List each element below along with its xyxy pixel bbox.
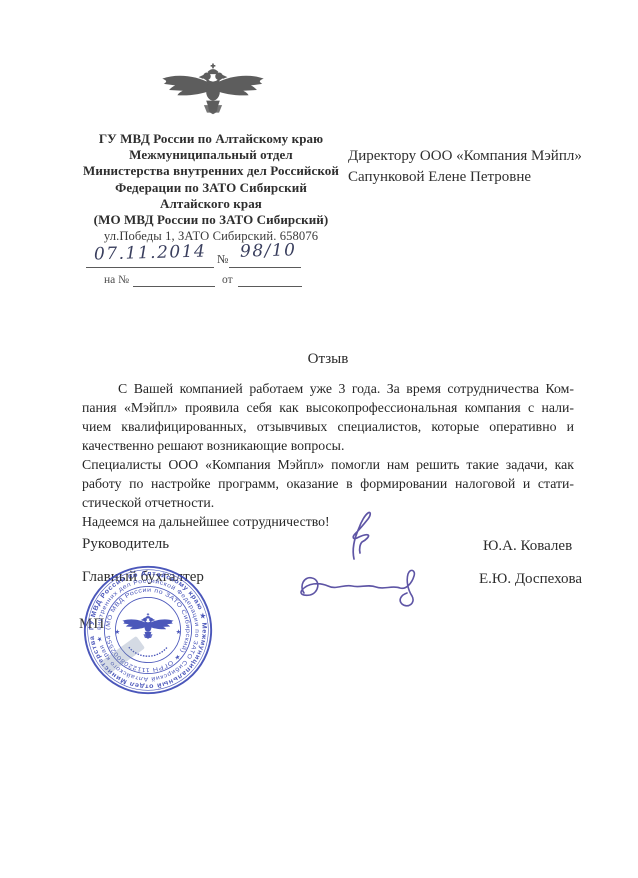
na-no-underline [133, 286, 215, 287]
scanned-letter-page: { "letterhead": { "lines": [ "ГУ МВД Рос… [0, 0, 638, 878]
addressee-line: Директору ООО «Компания Мэйпл» [348, 146, 582, 167]
body-line: качественно решают возникающие вопросы. [82, 436, 574, 455]
body-line: стической отчетности. [82, 493, 574, 512]
handwritten-outgoing-number: 98/10 [240, 240, 297, 261]
body-line: Надеемся на дальнейшее сотрудничество! [82, 512, 574, 531]
letterhead: ГУ МВД России по Алтайскому краю Межмуни… [58, 131, 364, 244]
addressee-block: Директору ООО «Компания Мэйпл» Сапунково… [348, 146, 582, 188]
paragraph: Надеемся на дальнейшее сотрудничество! [82, 512, 574, 531]
body-line: Специалисты ООО «Компания Мэйпл» помогли… [82, 455, 574, 474]
official-round-seal-icon: ГУ МВД России по Алтайскому краю ★ Межму… [81, 563, 215, 697]
ot-underline [238, 286, 302, 287]
body-line: пания «Мэйпл» проявила себя как высокопр… [82, 398, 574, 417]
svg-text:★: ★ [176, 628, 182, 636]
number-symbol: № [217, 252, 228, 267]
mvd-eagle-emblem-icon [160, 58, 266, 128]
handwritten-date: 07.11.2014 [94, 242, 207, 265]
body-text: С Вашей компанией работаем уже 3 года. З… [82, 379, 574, 531]
letterhead-line: Алтайского края [58, 196, 364, 212]
letterhead-line: (МО МВД России по ЗАТО Сибирский) [58, 212, 364, 228]
na-no-label: на № [104, 274, 129, 286]
svg-text:★: ★ [114, 628, 120, 636]
letterhead-line: Межмуниципальный отдел [58, 147, 364, 163]
letterhead-line: ГУ МВД России по Алтайскому краю [58, 131, 364, 147]
accountant-signature [294, 555, 446, 613]
letterhead-address: ул.Победы 1, ЗАТО Сибирский. 658076 [58, 228, 364, 244]
document-title: Отзыв [82, 351, 574, 368]
signer-name-accountant: Е.Ю. Доспехова [479, 571, 582, 588]
ot-label: от [222, 274, 233, 286]
body-line: чием квалифицированных, отзывчивых специ… [82, 417, 574, 436]
body-line: С Вашей компанией работаем уже 3 года. З… [82, 379, 574, 398]
letterhead-line: Министерства внутренних дел Российской [58, 163, 364, 179]
letterhead-line: Федерации по ЗАТО Сибирский [58, 180, 364, 196]
seal-eagle-icon [122, 613, 173, 639]
body-line: работу по настройке программ, оказание в… [82, 474, 574, 493]
signer-name-director: Ю.А. Ковалев [483, 538, 572, 555]
paragraph: С Вашей компанией работаем уже 3 года. З… [82, 379, 574, 455]
number-underline [229, 267, 301, 268]
date-underline [86, 267, 214, 268]
signer-role-director: Руководитель [82, 536, 169, 553]
paragraph: Специалисты ООО «Компания Мэйпл» помогли… [82, 455, 574, 512]
addressee-line: Сапунковой Елене Петровне [348, 167, 582, 188]
